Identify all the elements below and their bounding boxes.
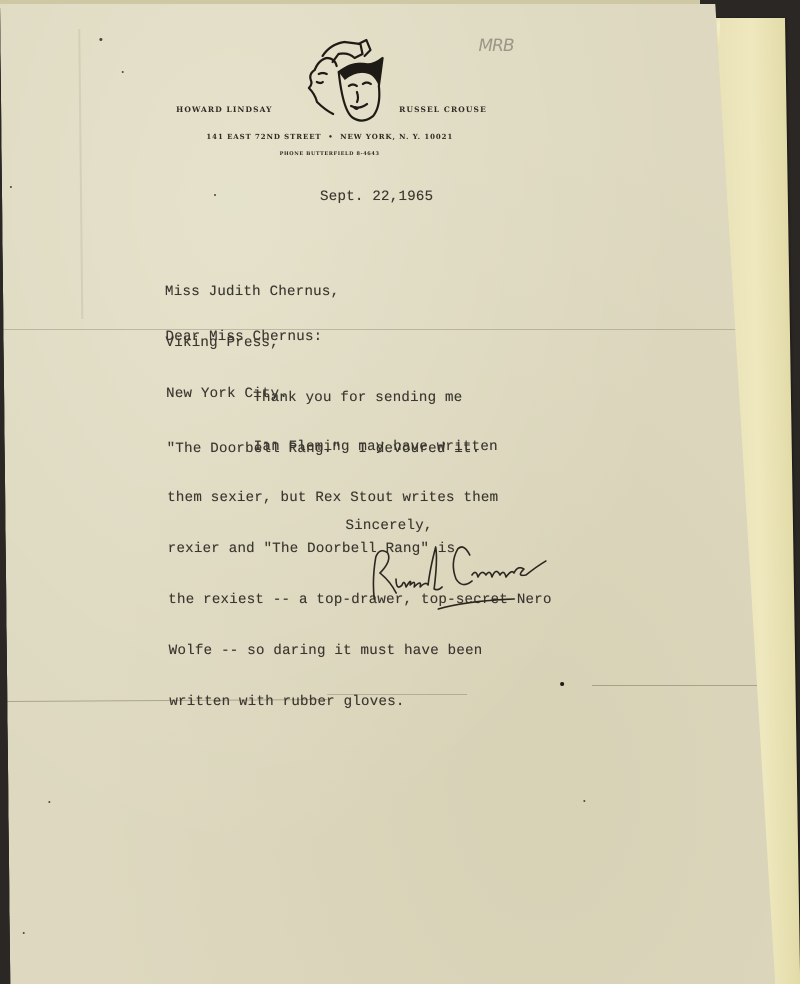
paper-speck — [583, 800, 585, 802]
body-line: Wolfe -- so daring it must have been — [169, 643, 553, 660]
paper-speck — [214, 194, 216, 196]
handwritten-initials: MRB — [478, 36, 513, 56]
salutation: Dear Miss Chernus: — [165, 329, 322, 346]
paper-speck — [23, 932, 25, 934]
recipient-line: Miss Judith Chernus, — [165, 284, 339, 301]
lower-fold-line — [592, 685, 757, 686]
letterhead: HOWARD LINDSAY RUSSEL CROUSE 141 EAST 72… — [0, 4, 702, 174]
upper-fold-line — [3, 329, 763, 330]
letter-sheet: HOWARD LINDSAY RUSSEL CROUSE 141 EAST 72… — [0, 4, 775, 984]
caricature-faces-icon — [292, 36, 393, 126]
body-line: them sexier, but Rex Stout writes them — [167, 490, 551, 507]
letterhead-right-name: RUSSEL CROUSE — [399, 105, 487, 114]
body-line: written with rubber gloves. — [169, 694, 553, 711]
closing: Sincerely, — [345, 518, 432, 535]
handwritten-signature — [366, 539, 567, 614]
letterhead-left-name: HOWARD LINDSAY — [176, 105, 273, 114]
body-line: Ian Fleming may have written — [167, 439, 551, 456]
letterhead-address: 141 EAST 72ND STREET • NEW YORK, N. Y. 1… — [206, 132, 453, 141]
paper-speck — [560, 682, 564, 686]
paper-speck — [48, 801, 50, 803]
letterhead-phone: PHONE BUTTERFIELD 8-4643 — [280, 151, 380, 157]
letter-date: Sept. 22,1965 — [320, 189, 433, 206]
paper-speck — [10, 186, 12, 188]
